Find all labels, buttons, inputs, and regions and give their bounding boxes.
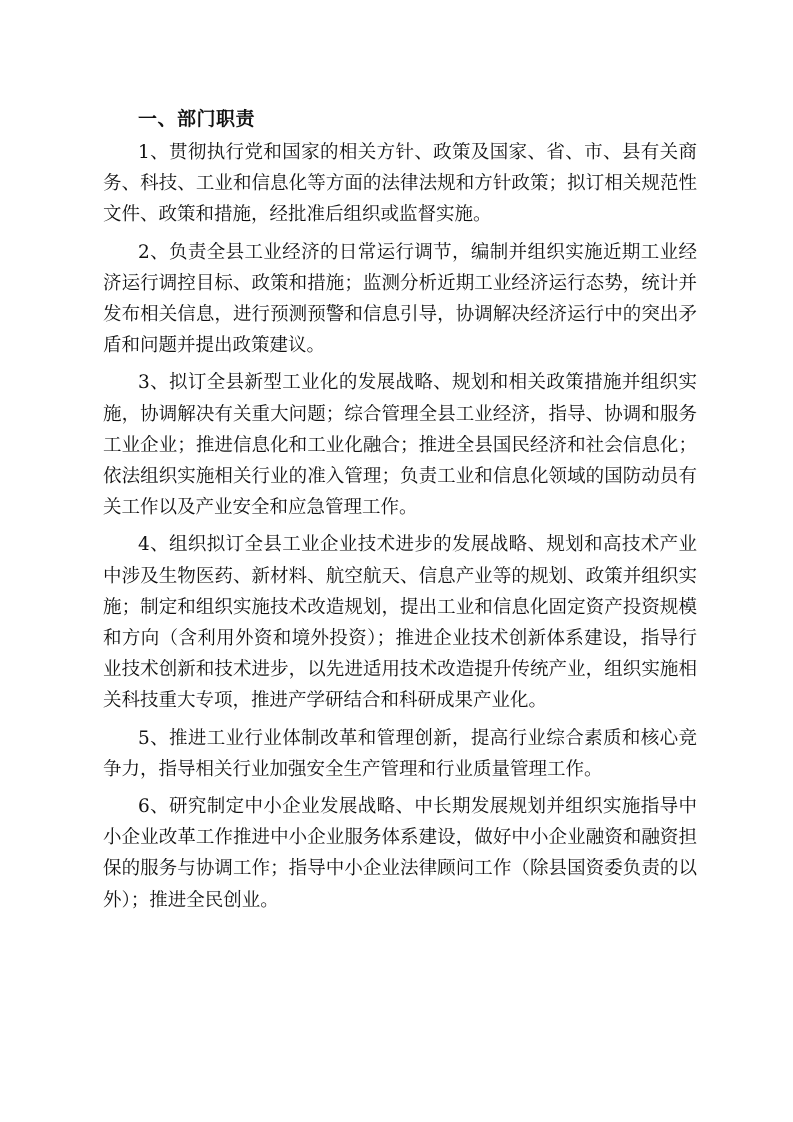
paragraph-duty-5: 5、推进工业行业体制改革和管理创新，提高行业综合素质和核心竞争力，指导相关行业加… bbox=[103, 723, 697, 785]
paragraph-duty-3: 3、拟订全县新型工业化的发展战略、规划和相关政策措施并组织实施，协调解决有关重大… bbox=[103, 367, 697, 523]
paragraph-duty-4: 4、组织拟订全县工业企业技术进步的发展战略、规划和高技术产业中涉及生物医药、新材… bbox=[103, 529, 697, 716]
paragraph-duty-6: 6、研究制定中小企业发展战略、中长期发展规划并组织实施指导中小企业改革工作推进中… bbox=[103, 791, 697, 916]
section-heading: 一、部门职责 bbox=[103, 103, 697, 135]
paragraph-duty-2: 2、负责全县工业经济的日常运行调节，编制并组织实施近期工业经济运行调控目标、政策… bbox=[103, 237, 697, 362]
paragraph-duty-1: 1、贯彻执行党和国家的相关方针、政策及国家、省、市、县有关商务、科技、工业和信息… bbox=[103, 137, 697, 231]
document-page: 一、部门职责 1、贯彻执行党和国家的相关方针、政策及国家、省、市、县有关商务、科… bbox=[103, 103, 697, 922]
